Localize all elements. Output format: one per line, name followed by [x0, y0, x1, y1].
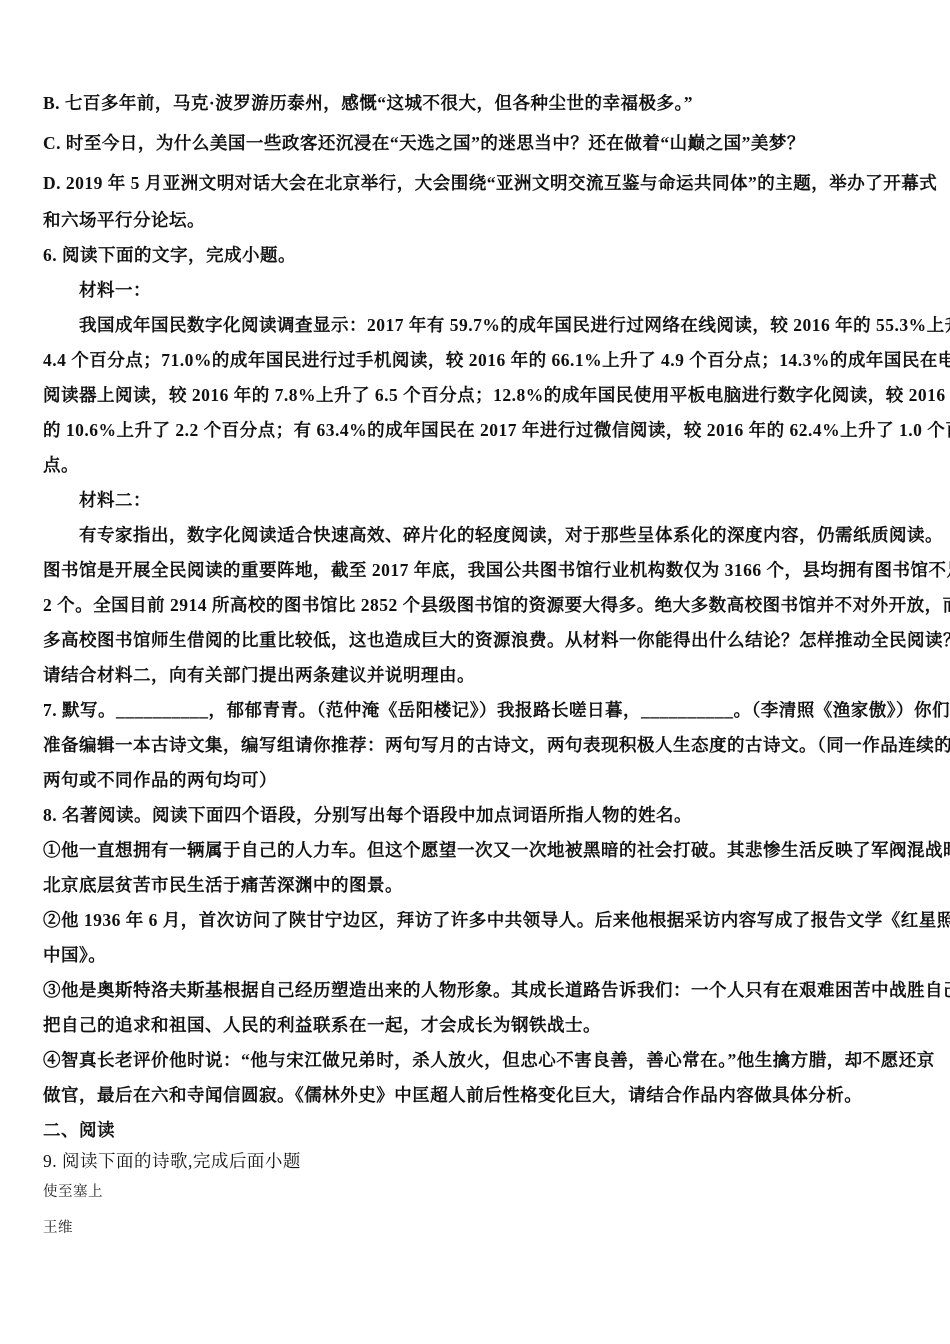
- material-1-line-4: 的 10.6%上升了 2.2 个百分点；有 63.4%的成年国民在 2017 年…: [43, 413, 907, 448]
- option-b: B. 七百多年前，马克·波罗游历泰州，感慨“这城不很大，但各种尘世的幸福极多。”: [43, 83, 907, 123]
- material-1-line-5: 点。: [43, 448, 907, 483]
- q8-passage-1-continuation: 北京底层贫苦市民生活于痛苦深渊中的图景。: [43, 868, 907, 903]
- poem-title: 使至塞上: [43, 1174, 907, 1210]
- material-2-line-3: 2 个。全国目前 2914 所高校的图书馆比 2852 个县级图书馆的资源要大得…: [43, 588, 907, 623]
- material-2-line-1: 有专家指出，数字化阅读适合快速高效、碎片化的轻度阅读，对于那些呈体系化的深度内容…: [43, 518, 907, 553]
- poem-author: 王维: [43, 1210, 907, 1246]
- material-1-line-1: 我国成年国民数字化阅读调查显示：2017 年有 59.7%的成年国民进行过网络在…: [43, 308, 907, 343]
- question-9: 9. 阅读下面的诗歌,完成后面小题: [43, 1148, 907, 1174]
- option-d: D. 2019 年 5 月亚洲文明对话大会在北京举行，大会围绕“亚洲文明交流互鉴…: [43, 163, 907, 203]
- material-1-line-2: 4.4 个百分点；71.0%的成年国民进行过手机阅读，较 2016 年的 66.…: [43, 343, 907, 378]
- material-2-line-5: 请结合材料二，向有关部门提出两条建议并说明理由。: [43, 658, 907, 693]
- option-d-continuation: 和六场平行分论坛。: [43, 203, 907, 238]
- q8-passage-2: ②他 1936 年 6 月，首次访问了陕甘宁边区，拜访了许多中共领导人。后来他根…: [43, 903, 907, 938]
- material-1-line-3: 阅读器上阅读，较 2016 年的 7.8%上升了 6.5 个百分点；12.8%的…: [43, 378, 907, 413]
- q8-passage-1: ①他一直想拥有一辆属于自己的人力车。但这个愿望一次又一次地被黑暗的社会打破。其悲…: [43, 833, 907, 868]
- question-6: 6. 阅读下面的文字，完成小题。: [43, 238, 907, 273]
- option-c: C. 时至今日，为什么美国一些政客还沉浸在“天选之国”的迷思当中？还在做着“山巅…: [43, 123, 907, 163]
- question-7: 7. 默写。__________，郁郁青青。（范仲淹《岳阳楼记》）我报路长嗟日暮…: [43, 693, 907, 728]
- question-7-continuation-2: 两句或不同作品的两句均可）: [43, 763, 907, 798]
- q8-passage-3: ③他是奥斯特洛夫斯基根据自己经历塑造出来的人物形象。其成长道路告诉我们：一个人只…: [43, 973, 907, 1008]
- exam-document-page: B. 七百多年前，马克·波罗游历泰州，感慨“这城不很大，但各种尘世的幸福极多。”…: [0, 0, 950, 1344]
- q8-passage-2-continuation: 中国》。: [43, 938, 907, 973]
- section-2-header: 二、阅读: [43, 1113, 907, 1148]
- material-2-line-2: 图书馆是开展全民阅读的重要阵地，截至 2017 年底，我国公共图书馆行业机构数仅…: [43, 553, 907, 588]
- question-7-continuation-1: 准备编辑一本古诗文集，编写组请你推荐：两句写月的古诗文，两句表现积极人生态度的古…: [43, 728, 907, 763]
- q8-passage-4: ④智真长老评价他时说：“他与宋江做兄弟时，杀人放火，但忠心不害良善，善心常在。”…: [43, 1043, 907, 1078]
- q8-passage-4-continuation: 做官，最后在六和寺闻信圆寂。《儒林外史》中匡超人前后性格变化巨大，请结合作品内容…: [43, 1078, 907, 1113]
- question-8: 8. 名著阅读。阅读下面四个语段，分别写出每个语段中加点词语所指人物的姓名。: [43, 798, 907, 833]
- material-2-label: 材料二：: [43, 483, 907, 518]
- q8-passage-3-continuation: 把自己的追求和祖国、人民的利益联系在一起，才会成长为钢铁战士。: [43, 1008, 907, 1043]
- material-2-line-4: 多高校图书馆师生借阅的比重比较低，这也造成巨大的资源浪费。从材料一你能得出什么结…: [43, 623, 907, 658]
- material-1-label: 材料一：: [43, 273, 907, 308]
